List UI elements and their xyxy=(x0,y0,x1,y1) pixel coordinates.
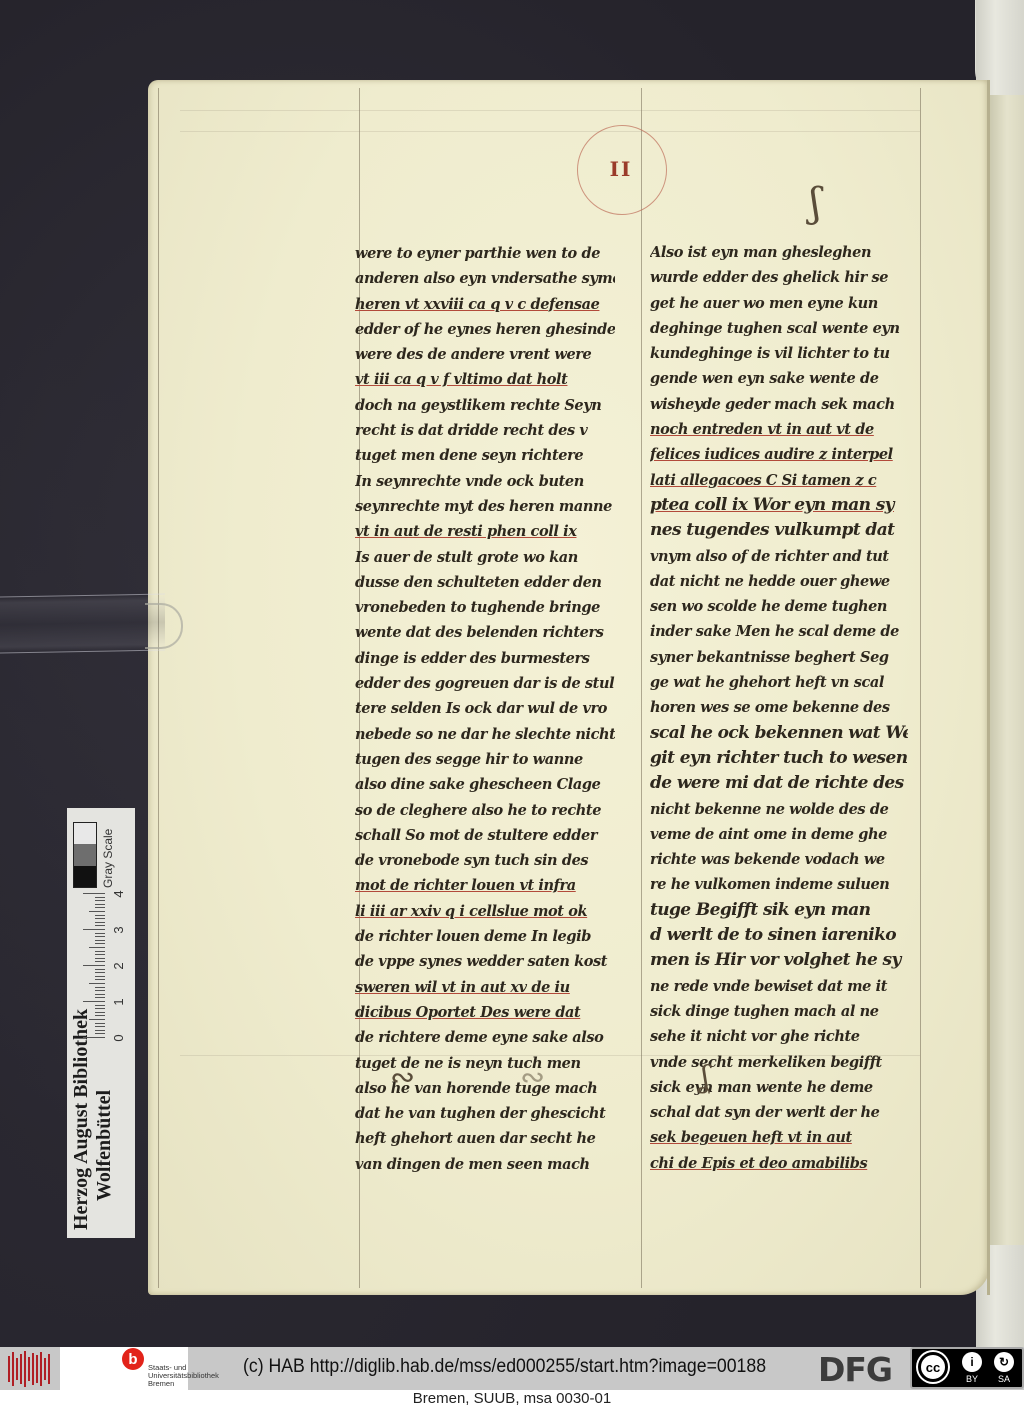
text-line: ge wat he ghehort heft vn scal xyxy=(650,670,908,695)
ruler-tick xyxy=(95,961,105,962)
text-line: vnym also of de richter and tut xyxy=(650,544,908,569)
ruler-tick xyxy=(95,990,105,991)
text-line: schall So mot de stultere edder xyxy=(355,823,615,848)
text-line: wurde edder des ghelick hir se xyxy=(650,265,908,290)
ruler-tick xyxy=(95,1005,105,1006)
text-line: gende wen eyn sake wente de xyxy=(650,366,908,391)
text-line: scal he ock bekennen wat Weg xyxy=(650,721,908,746)
ruler-tick xyxy=(95,900,105,901)
catchword-flourish: ∾ xyxy=(390,1060,415,1095)
text-line: re he vulkomen indeme suluen xyxy=(650,872,908,897)
ruler-tick xyxy=(95,1026,105,1027)
grayscale-swatch xyxy=(74,823,96,844)
ruler-tick xyxy=(95,994,105,995)
suub-logo[interactable]: b Staats- und Universitätsbibliothek Bre… xyxy=(60,1347,188,1390)
ruler-tick xyxy=(95,897,105,898)
text-line: vt iii ca q v f vltimo dat holt xyxy=(355,367,615,392)
text-line: were des de andere vrent were xyxy=(355,342,615,367)
ruler-tick xyxy=(95,1030,105,1031)
text-line: seynrechte myt des heren manne xyxy=(355,494,615,519)
library-name: Herzog August Bibliothek xyxy=(70,1009,93,1230)
text-line: men is Hir vor volghet he sy xyxy=(650,948,908,973)
text-line: dat nicht ne hedde ouer ghewe xyxy=(650,569,908,594)
text-line: In seynrechte vnde ock buten xyxy=(355,469,615,494)
ruler-tick xyxy=(95,1015,105,1016)
ruler-tick xyxy=(95,936,105,937)
text-line: sehe it nicht vor ghe richte xyxy=(650,1024,908,1049)
ruler-tick xyxy=(95,969,105,970)
ruler-tick xyxy=(83,1001,105,1002)
ruler-tick xyxy=(95,922,105,923)
text-line: deghinge tughen scal wente eyn xyxy=(650,316,908,341)
ruler-number: 3 xyxy=(111,925,126,935)
ruler-number: 2 xyxy=(111,961,126,971)
ruler-tick xyxy=(89,911,105,912)
ruler-tick xyxy=(83,929,105,930)
ruler-scale: 01234 xyxy=(75,888,105,1038)
text-line: get he auer wo men eyne kun xyxy=(650,291,908,316)
text-line: doch na geystlikem rechte Seyn xyxy=(355,393,615,418)
ruler-tick xyxy=(83,965,105,966)
ruler-tick xyxy=(95,987,105,988)
ruler-tick xyxy=(89,983,105,984)
text-line: sick eyn man wente he deme xyxy=(650,1075,908,1100)
text-line: edder of he eynes heren ghesinde xyxy=(355,317,615,342)
text-line: tugen des segge hir to wanne xyxy=(355,747,615,772)
ruler-number: 0 xyxy=(111,1033,126,1043)
text-line: inder sake Men he scal deme de xyxy=(650,619,908,644)
text-line: so de cleghere also he to rechte xyxy=(355,798,615,823)
ruler-tick xyxy=(95,1008,105,1009)
ruler-tick xyxy=(95,1012,105,1013)
ruler-tick xyxy=(95,976,105,977)
text-line: horen wes se ome bekenne des xyxy=(650,695,908,720)
ruler-tick xyxy=(95,954,105,955)
text-line: ptea coll ix Wor eyn man sy xyxy=(650,493,908,518)
text-line: heft ghehort auen dar secht he xyxy=(355,1126,615,1151)
text-line: dusse den schulteten edder den xyxy=(355,570,615,595)
text-line: tuge Begifft sik eyn man xyxy=(650,898,908,923)
text-line: sek begeuen heft vt in aut xyxy=(650,1125,908,1150)
ruling-line xyxy=(158,88,159,1288)
text-line: nes tugendes vulkumpt dat xyxy=(650,518,908,543)
ruler-tick xyxy=(95,918,105,919)
ruler-tick xyxy=(83,1037,105,1038)
text-line: Also ist eyn man ghesleghen xyxy=(650,240,908,265)
text-column-right: Also ist eyn man ghesleghenwurde edder d… xyxy=(650,240,908,1176)
sa-label: SA xyxy=(998,1374,1010,1384)
text-line: dat he van tughen der ghescicht xyxy=(355,1101,615,1126)
text-line: syner bekantnisse beghert Seg xyxy=(650,645,908,670)
by-label: BY xyxy=(966,1374,978,1384)
text-line: de richtere deme eyne sake also xyxy=(355,1025,615,1050)
ruler-tick xyxy=(89,947,105,948)
ruler-number: 1 xyxy=(111,997,126,1007)
grayscale-label: Gray Scale xyxy=(101,829,115,888)
ruler-tick xyxy=(95,933,105,934)
text-line: recht is dat dridde recht des v xyxy=(355,418,615,443)
text-line: sweren wil vt in aut xv de iu xyxy=(355,975,615,1000)
page-strap xyxy=(0,594,165,654)
ruling-line xyxy=(180,110,920,111)
ruling-line xyxy=(641,88,642,1288)
folio-number: II xyxy=(597,157,645,181)
text-column-left: were to eyner parthie wen to deanderen a… xyxy=(355,241,615,1177)
text-line: dinge is edder des burmesters xyxy=(355,646,615,671)
text-line: de richter louen deme In legib xyxy=(355,924,615,949)
ruler-tick xyxy=(95,915,105,916)
text-line: kundeghinge is vil lichter to tu xyxy=(650,341,908,366)
suub-name-line: Bremen xyxy=(148,1380,219,1388)
reference-ruler: Herzog August Bibliothek Wolfenbüttel 01… xyxy=(67,808,135,1238)
ruler-tick xyxy=(95,1023,105,1024)
text-line: mot de richter louen vt infra xyxy=(355,873,615,898)
text-line: wente dat des belenden richters xyxy=(355,620,615,645)
ruling-line xyxy=(180,131,920,132)
ruler-tick xyxy=(95,979,105,980)
ruler-tick xyxy=(95,972,105,973)
ruler-tick xyxy=(95,943,105,944)
cc-license-badge[interactable]: cc i ↻ BY SA xyxy=(910,1347,1024,1389)
text-line: ne rede vnde bewiset dat me it xyxy=(650,974,908,999)
text-line: nicht bekenne ne wolde des de xyxy=(650,797,908,822)
catchword-flourish: ʆ xyxy=(700,1060,710,1095)
text-line: tere selden Is ock dar wul de vro xyxy=(355,696,615,721)
ruler-number: 4 xyxy=(111,889,126,899)
footer-bar: b Staats- und Universitätsbibliothek Bre… xyxy=(0,1347,1024,1390)
text-line: noch entreden vt in aut vt de xyxy=(650,417,908,442)
text-line: richte was bekende vodach we xyxy=(650,847,908,872)
ruler-tick xyxy=(95,925,105,926)
grayscale-swatch xyxy=(74,844,96,865)
text-line: also dine sake ghescheen Clage xyxy=(355,772,615,797)
text-line: lati allegacoes C Si tamen z c xyxy=(650,468,908,493)
text-line: schal dat syn der werlt der he xyxy=(650,1100,908,1125)
ruling-line xyxy=(920,88,921,1288)
text-line: vt in aut de resti phen coll ix xyxy=(355,519,615,544)
text-line: de vronebode syn tuch sin des xyxy=(355,848,615,873)
text-line: sick dinge tughen mach al ne xyxy=(650,999,908,1024)
copyright-link[interactable]: (c) HAB http://diglib.hab.de/mss/ed00025… xyxy=(243,1356,766,1378)
text-line: wisheyde geder mach sek mach xyxy=(650,392,908,417)
text-line: edder des gogreuen dar is de stul xyxy=(355,671,615,696)
text-line: d werlt de to sinen iareniko xyxy=(650,923,908,948)
suub-b-icon: b xyxy=(122,1348,144,1370)
text-line: sen wo scolde he deme tughen xyxy=(650,594,908,619)
ruler-tick xyxy=(95,951,105,952)
text-line: Is auer de stult grote wo kan xyxy=(355,545,615,570)
suub-barcode-logo xyxy=(0,1347,58,1390)
text-line: de were mi dat de richte des xyxy=(650,771,908,796)
grayscale-swatches xyxy=(73,822,97,888)
manuscript-scan: II were to eyner parthie wen to deandere… xyxy=(0,0,1024,1347)
share-alike-icon: ↻ xyxy=(994,1352,1014,1372)
suub-name: Staats- und Universitätsbibliothek Breme… xyxy=(148,1364,219,1388)
dfg-logo[interactable]: DFG xyxy=(818,1350,892,1389)
text-line: anderen also eyn vndersathe syme xyxy=(355,266,615,291)
text-line: were to eyner parthie wen to de xyxy=(355,241,615,266)
text-line: veme de aint ome in deme ghe xyxy=(650,822,908,847)
ruler-tick xyxy=(95,958,105,959)
cc-icon: cc xyxy=(918,1352,948,1382)
person-icon: i xyxy=(962,1352,982,1372)
ruler-tick xyxy=(95,940,105,941)
text-line: tuget men dene seyn richtere xyxy=(355,443,615,468)
text-line: de vppe synes wedder saten kost xyxy=(355,949,615,974)
text-line: vnde secht merkeliken begifft xyxy=(650,1050,908,1075)
ruler-tick xyxy=(95,1033,105,1034)
text-line: heren vt xxviii ca q v c defensae xyxy=(355,292,615,317)
text-line: dicibus Oportet Des were dat xyxy=(355,1000,615,1025)
text-line: nebede so ne dar he slechte nicht xyxy=(355,722,615,747)
facing-page-edge xyxy=(988,95,1024,1245)
text-line: git eyn richter tuch to wesen xyxy=(650,746,908,771)
ruler-tick xyxy=(95,907,105,908)
text-line: li iii ar xxiv q i cellslue mot ok xyxy=(355,899,615,924)
catchword-flourish: ∾ xyxy=(520,1060,545,1095)
library-location: Wolfenbüttel xyxy=(93,1090,116,1201)
text-line: chi de Epis et deo amabilibs xyxy=(650,1151,908,1176)
grayscale-swatch xyxy=(74,866,96,887)
text-line: felices iudices audire z interpel xyxy=(650,442,908,467)
text-line: van dingen de men seen mach xyxy=(355,1152,615,1177)
ascender-flourish: ʃ xyxy=(810,180,821,226)
ruler-tick xyxy=(83,893,105,894)
shelfmark-caption: Bremen, SUUB, msa 0030-01 xyxy=(0,1389,1024,1409)
ruler-tick xyxy=(89,1019,105,1020)
ruler-tick xyxy=(95,904,105,905)
text-line: vronebeden to tughende bringe xyxy=(355,595,615,620)
ruler-tick xyxy=(95,997,105,998)
